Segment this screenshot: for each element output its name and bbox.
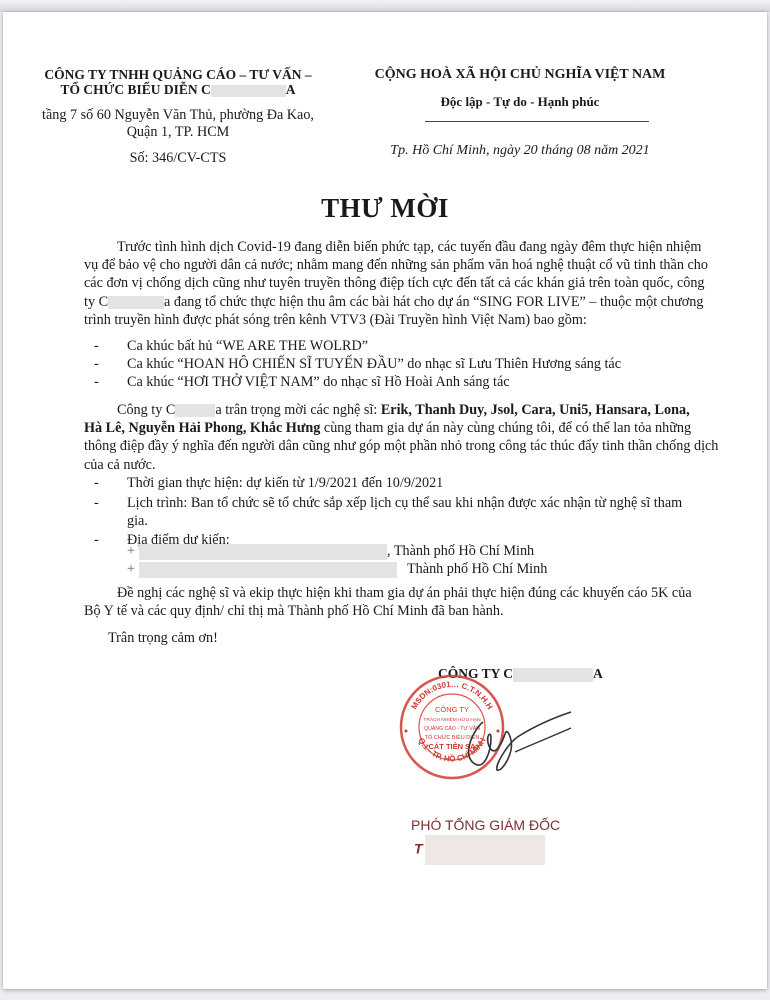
song-item: Ca khúc “HOAN HÔ CHIẾN SĨ TUYẾN ĐẦU” do … xyxy=(84,355,724,373)
redacted-company-name xyxy=(211,85,286,97)
song-item: Ca khúc bất hủ “WE ARE THE WOLRD” xyxy=(84,337,724,355)
viewer-top-edge xyxy=(0,0,770,12)
redacted-company-name xyxy=(175,404,215,417)
detail-time: Thời gian thực hiện: dự kiến từ 1/9/2021… xyxy=(84,474,724,492)
request-paragraph: Đề nghị các nghệ sĩ và ekip thực hiện kh… xyxy=(84,584,724,620)
company-name-line2: TỔ CHỨC BIỂU DIỄN CA xyxy=(28,82,328,97)
company-name: CÔNG TY TNHH QUẢNG CÁO – TƯ VẤN – TỔ CHỨ… xyxy=(28,67,328,97)
detail-schedule: Lịch trình: Ban tổ chức sẽ tổ chức sắp x… xyxy=(84,494,724,530)
intro-paragraph: Trước tình hình dịch Covid-19 đang diễn … xyxy=(84,238,722,329)
venue-item: +, Thành phố Hồ Chí Minh xyxy=(127,542,727,560)
project-details: Thời gian thực hiện: dự kiến từ 1/9/2021… xyxy=(84,474,724,549)
company-name-line1: CÔNG TY TNHH QUẢNG CÁO – TƯ VẤN – xyxy=(28,67,328,82)
song-item: Ca khúc “HƠI THỞ VIỆT NAM” do nhạc sĩ Hồ… xyxy=(84,373,724,391)
venue-item: +Thành phố Hồ Chí Minh xyxy=(127,560,727,578)
place-and-date: Tp. Hồ Chí Minh, ngày 20 tháng 08 năm 20… xyxy=(370,143,670,159)
redacted-venue-address xyxy=(139,544,387,560)
national-title: CỘNG HOÀ XÃ HỘI CHỦ NGHĨA VIỆT NAM xyxy=(370,67,670,82)
motto-underline xyxy=(425,121,649,122)
handwritten-signature xyxy=(455,700,575,780)
letter-title: THƯ MỜI xyxy=(0,193,770,224)
redacted-company-name xyxy=(513,668,593,682)
signer-name: T xyxy=(414,835,545,865)
invited-artists: Hà Lê, Nguyễn Hải Phong, Khắc Hưng xyxy=(84,420,320,436)
company-address: tầng 7 số 60 Nguyễn Văn Thủ, phường Đa K… xyxy=(28,107,328,141)
song-list: Ca khúc bất hủ “WE ARE THE WOLRD” Ca khú… xyxy=(84,337,724,392)
national-motto: Độc lập - Tự do - Hạnh phúc xyxy=(370,94,670,110)
redacted-venue-address xyxy=(139,562,397,578)
document-number: Số: 346/CV-CTS xyxy=(28,149,328,167)
redacted-signer-name xyxy=(425,835,545,865)
closing-line: Trân trọng cảm ơn! xyxy=(108,629,218,647)
invitation-paragraph: Công ty Ca trân trọng mời các nghệ sĩ: E… xyxy=(84,401,724,474)
redacted-company-name xyxy=(108,296,164,309)
signer-position: PHÓ TỔNG GIÁM ĐỐC xyxy=(411,817,560,833)
invited-artists: Erik, Thanh Duy, Jsol, Cara, Uni5, Hansa… xyxy=(381,402,690,418)
